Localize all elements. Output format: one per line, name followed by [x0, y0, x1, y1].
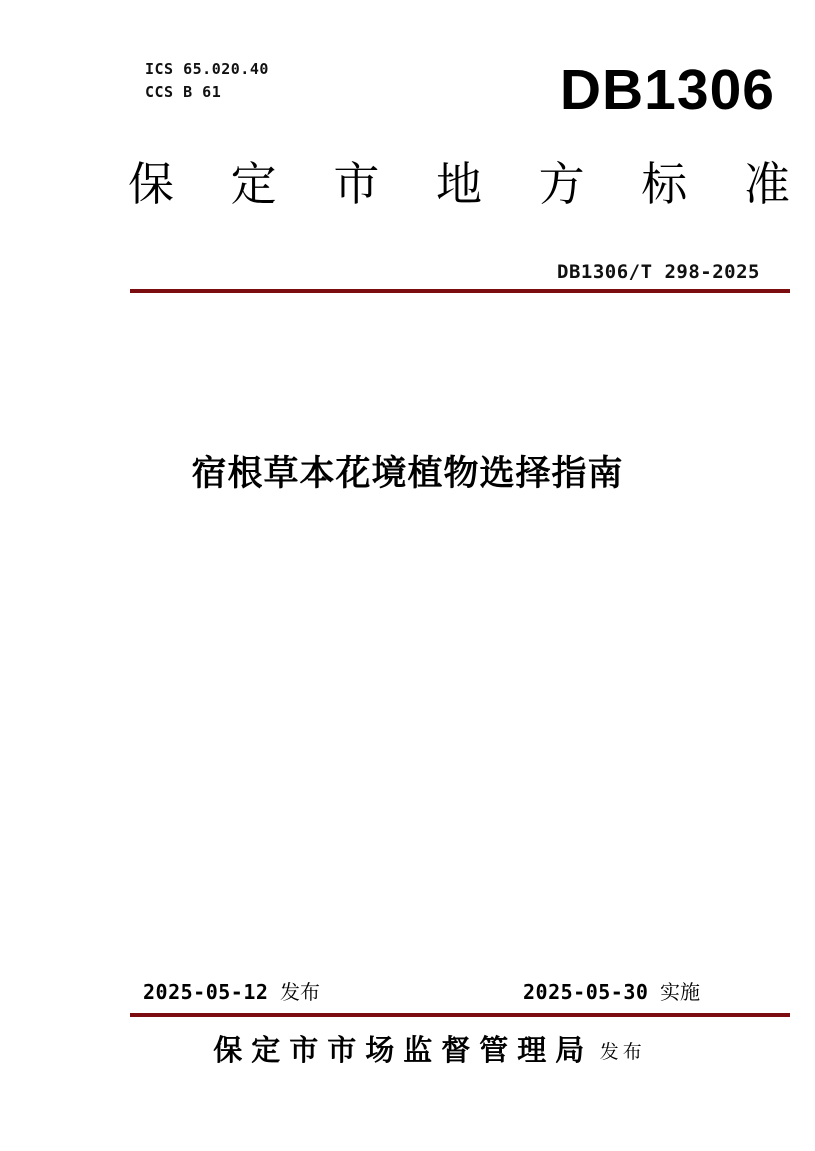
publisher-row: 保定市市场监督管理局 发布	[22, 1028, 815, 1069]
issue-date-group: 2025-05-12 发布	[143, 976, 320, 1005]
db-region-code: DB1306	[560, 58, 775, 122]
footer-divider-line	[130, 1013, 790, 1017]
standard-cover-page: ICS 65.020.40 CCS B 61 DB1306 保 定 市 地 方 …	[0, 0, 815, 1151]
issue-date: 2025-05-12	[143, 980, 268, 1004]
implement-date: 2025-05-30	[523, 980, 648, 1004]
standard-number: DB1306/T 298-2025	[557, 261, 760, 283]
implement-label: 实施	[660, 982, 700, 1004]
standard-type-char: 地	[436, 148, 482, 214]
standard-type-title: 保 定 市 地 方 标 准	[128, 148, 790, 214]
implement-date-group: 2025-05-30 实施	[523, 976, 700, 1005]
ccs-code: CCS B 61	[145, 81, 269, 104]
standard-type-char: 市	[333, 148, 379, 214]
standard-type-char: 标	[641, 148, 687, 214]
header-divider-line	[130, 289, 790, 293]
issue-label: 发布	[280, 982, 320, 1004]
publisher-name: 保定市市场监督管理局	[213, 1035, 593, 1067]
ics-code: ICS 65.020.40	[145, 58, 269, 81]
publisher-suffix: 发布	[600, 1042, 646, 1063]
dates-row: 2025-05-12 发布 2025-05-30 实施	[143, 976, 700, 1005]
document-title: 宿根草本花境植物选择指南	[0, 446, 815, 496]
standard-type-char: 定	[231, 148, 277, 214]
standard-type-char: 方	[539, 148, 585, 214]
standard-type-char: 保	[128, 148, 174, 214]
classification-codes: ICS 65.020.40 CCS B 61	[145, 58, 269, 104]
standard-type-char: 准	[744, 148, 790, 214]
